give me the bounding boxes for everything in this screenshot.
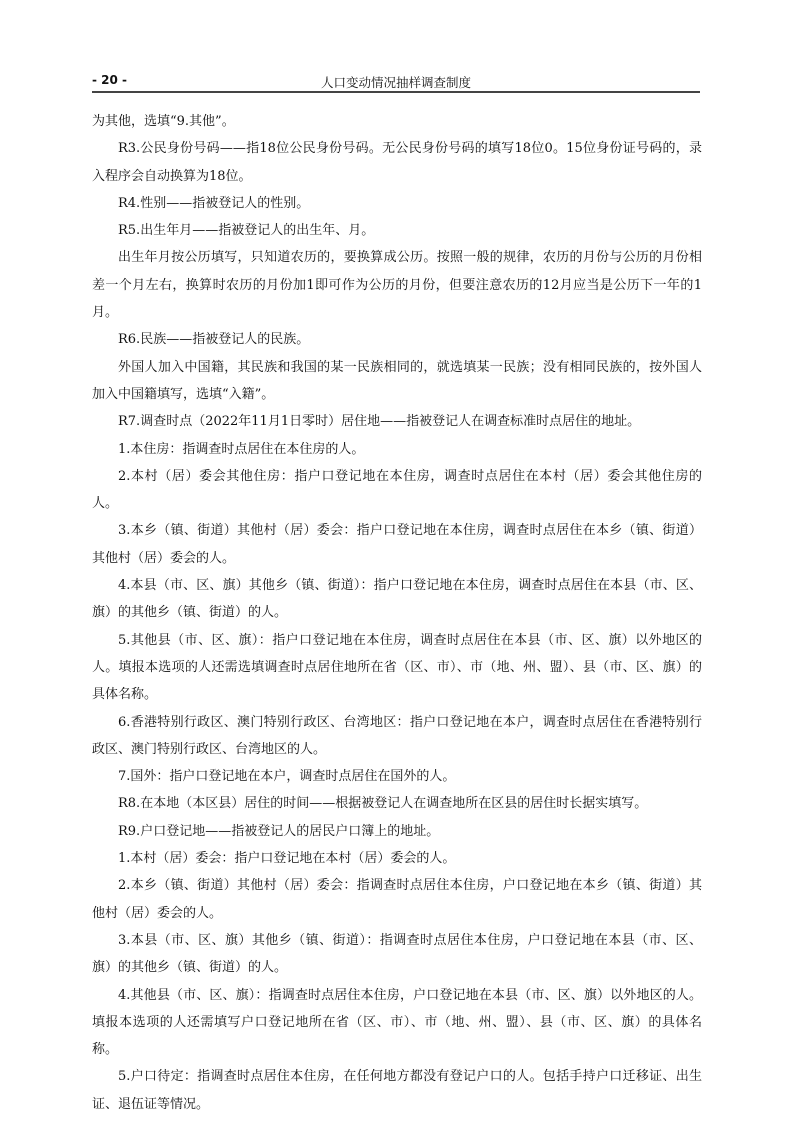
list-item: 3.本县（市、区、旗）其他乡（镇、街道）：指调查时点居住本住房，户口登记地在本县…	[92, 927, 702, 982]
paragraph-r4-gender: R4.性别——指被登记人的性别。	[92, 190, 702, 217]
list-item: 2.本村（居）委会其他住房：指户口登记地在本住房，调查时点居住在本村（居）委会其…	[92, 463, 702, 518]
paragraph-r7-residence: R7.调查时点（2022年11月1日零时）居住地——指被登记人在调查标准时点居住…	[92, 408, 702, 435]
paragraph: 为其他，选填“9.其他”。	[92, 108, 702, 135]
document-title: 人口变动情况抽样调查制度	[92, 73, 700, 91]
list-item: 2.本乡（镇、街道）其他村（居）委会：指调查时点居住本住房，户口登记地在本乡（镇…	[92, 872, 702, 927]
list-item: 4.本县（市、区、旗）其他乡（镇、街道）：指户口登记地在本住房，调查时点居住在本…	[92, 572, 702, 627]
document-body: 为其他，选填“9.其他”。 R3.公民身份号码——指18位公民身份号码。无公民身…	[92, 108, 702, 1118]
list-item: 1.本住房：指调查时点居住在本住房的人。	[92, 436, 702, 463]
paragraph-r9-hukou: R9.户口登记地——指被登记人的居民户口簿上的地址。	[92, 818, 702, 845]
paragraph: 出生年月按公历填写，只知道农历的，要换算成公历。按照一般的规律，农历的月份与公历…	[92, 244, 702, 326]
paragraph-r8-duration: R8.在本地（本区县）居住的时间——根据被登记人在调查地所在区县的居住时长据实填…	[92, 790, 702, 817]
header-rule	[92, 91, 700, 93]
paragraph: 外国人加入中国籍，其民族和我国的某一民族相同的，就选填某一民族；没有相同民族的，…	[92, 354, 702, 409]
list-item: 3.本乡（镇、街道）其他村（居）委会：指户口登记地在本住房，调查时点居住在本乡（…	[92, 517, 702, 572]
paragraph-r6-ethnicity: R6.民族——指被登记人的民族。	[92, 326, 702, 353]
page-header: - 20 - 人口变动情况抽样调查制度	[92, 73, 700, 93]
list-item: 5.其他县（市、区、旗）：指户口登记地在本住房，调查时点居住在本县（市、区、旗）…	[92, 627, 702, 709]
paragraph-r3-id-number: R3.公民身份号码——指18位公民身份号码。无公民身份号码的填写18位0。15位…	[92, 135, 702, 190]
paragraph-r5-birth: R5.出生年月——指被登记人的出生年、月。	[92, 217, 702, 244]
list-item: 5.户口待定：指调查时点居住本住房，在任何地方都没有登记户口的人。包括手持户口迁…	[92, 1063, 702, 1118]
list-item: 1.本村（居）委会：指户口登记地在本村（居）委会的人。	[92, 845, 702, 872]
list-item: 7.国外：指户口登记地在本户，调查时点居住在国外的人。	[92, 763, 702, 790]
list-item: 6.香港特别行政区、澳门特别行政区、台湾地区：指户口登记地在本户，调查时点居住在…	[92, 709, 702, 764]
list-item: 4.其他县（市、区、旗）：指调查时点居住本住房，户口登记地在本县（市、区、旗）以…	[92, 982, 702, 1064]
